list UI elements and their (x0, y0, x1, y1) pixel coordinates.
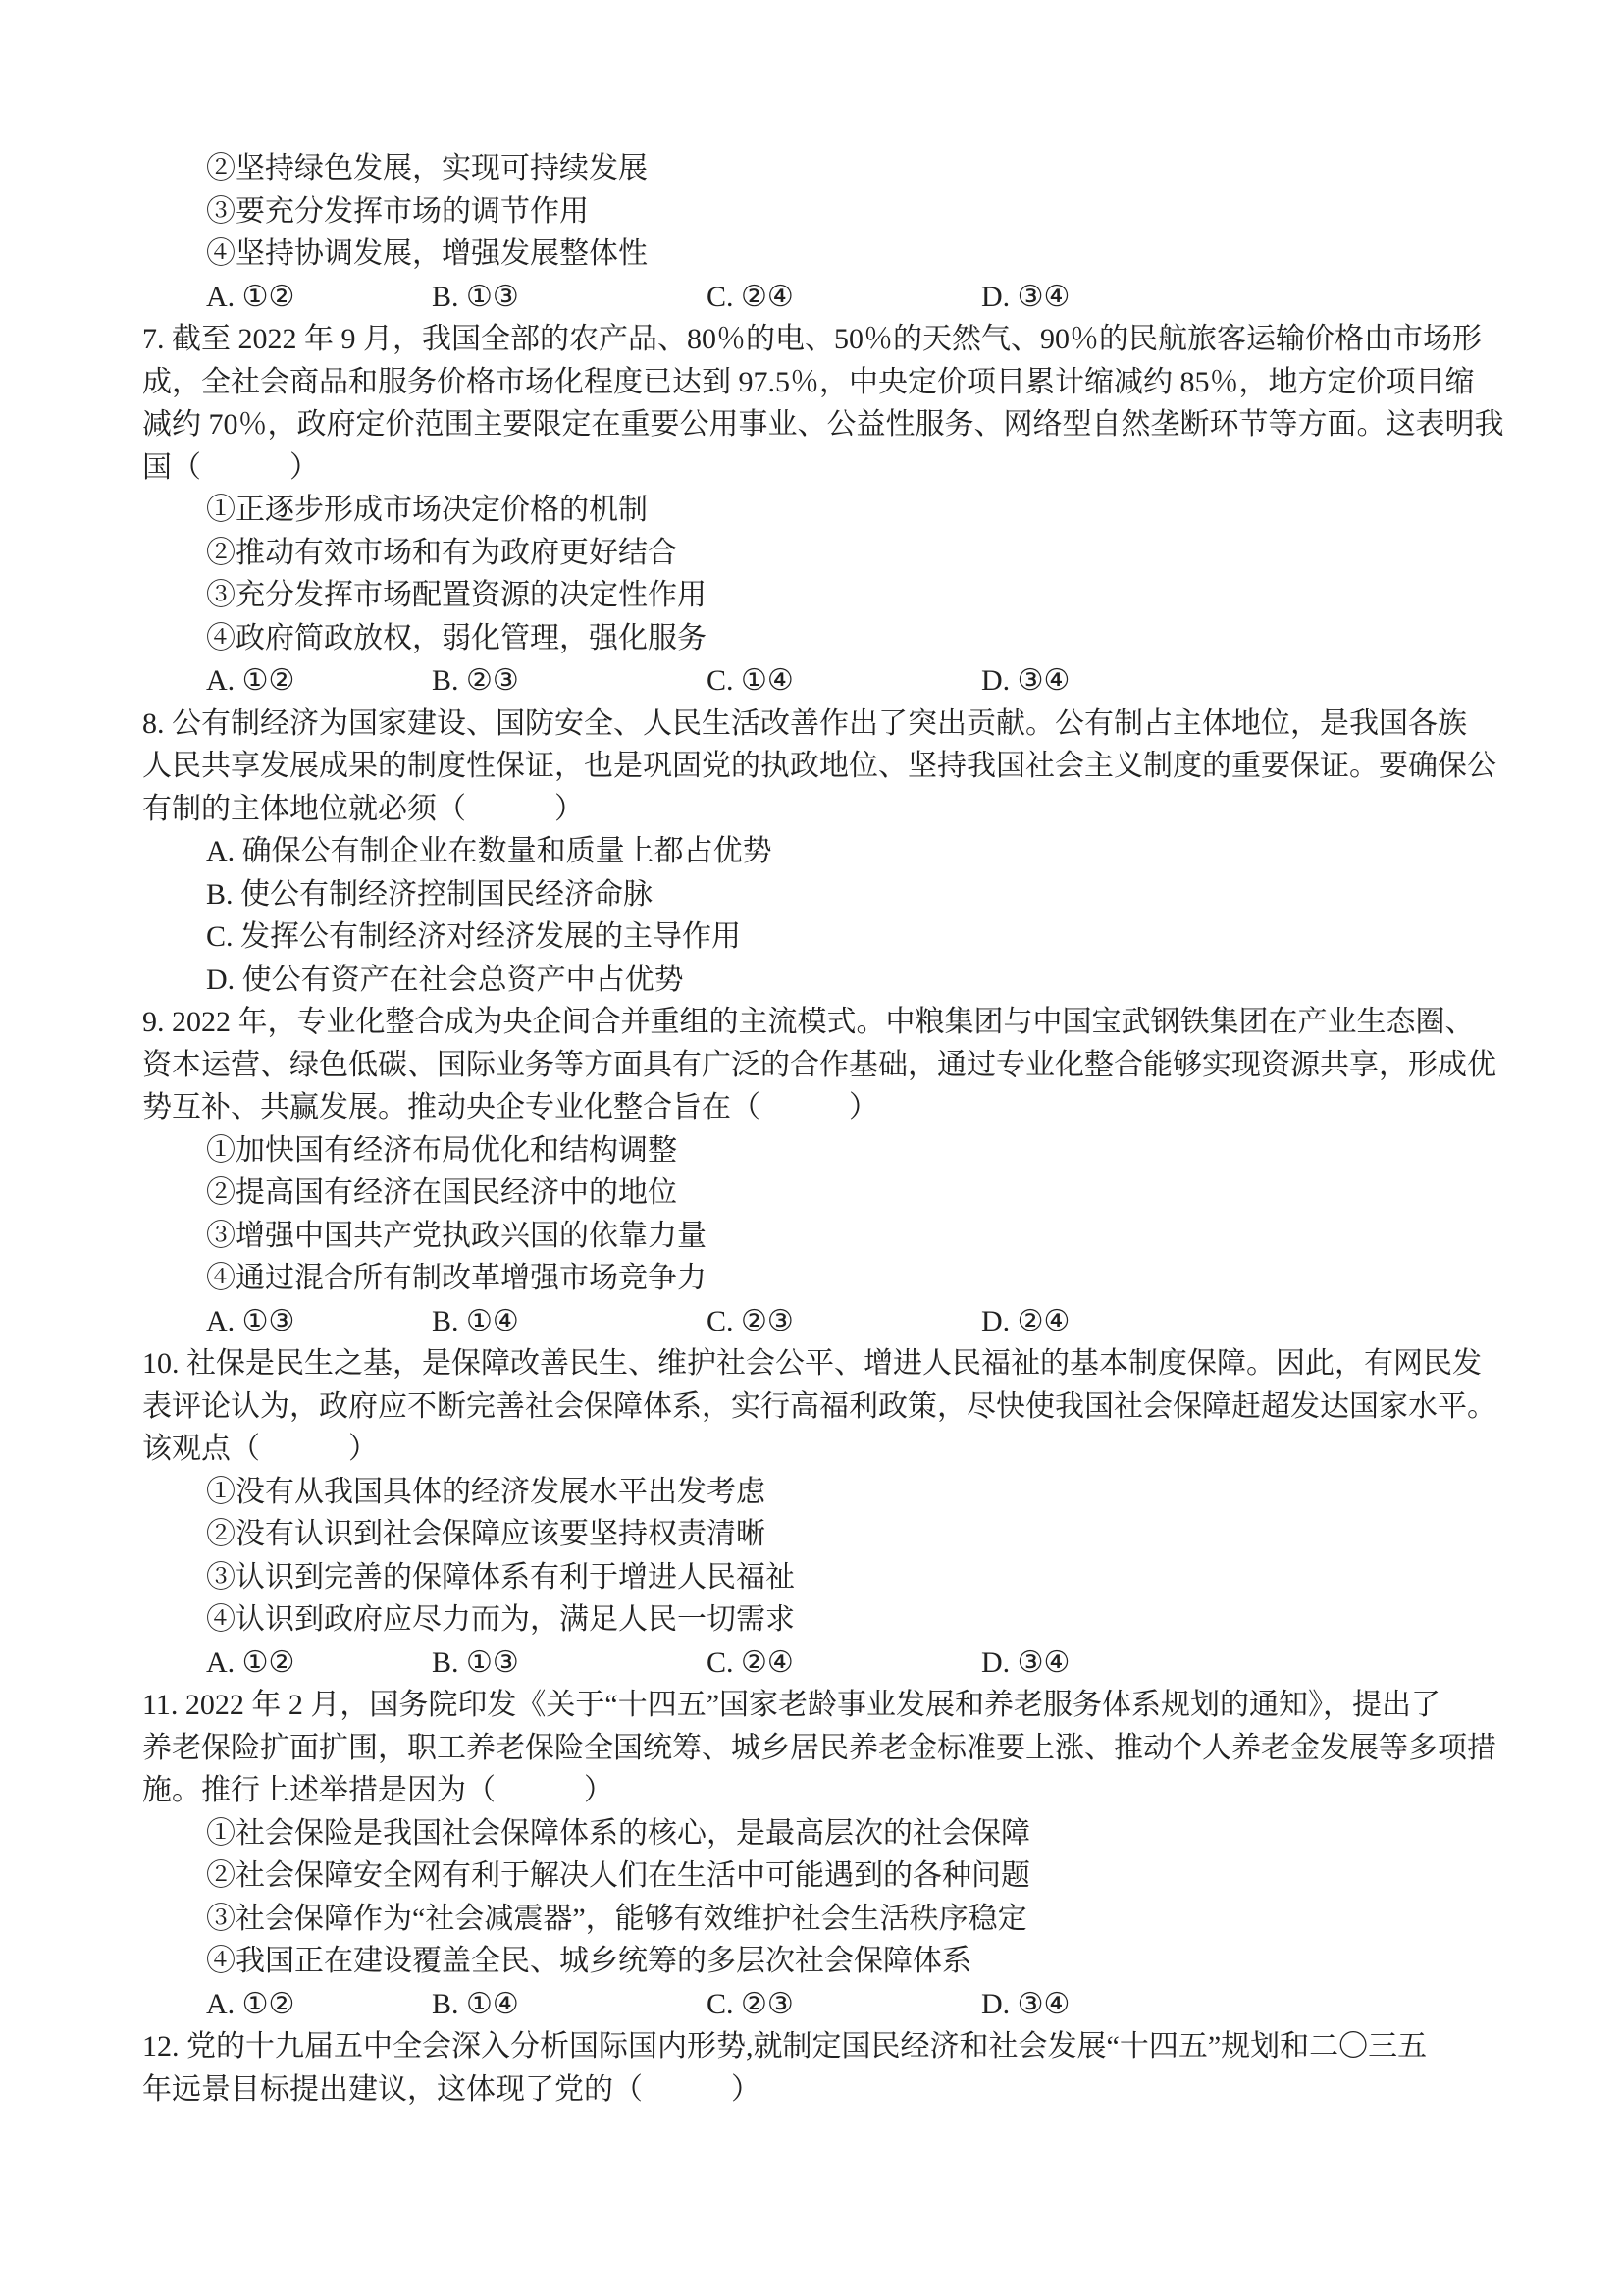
q11-option-1: ①社会保险是我国社会保障体系的核心，是最高层次的社会保障 (142, 1812, 1496, 1855)
q9-stem-line-3: 势互补、共赢发展。推动央企专业化整合旨在（ ） (142, 1086, 1496, 1129)
q7-answer-d: D. ③④ (981, 659, 1070, 703)
q10-answer-d: D. ③④ (981, 1642, 1070, 1685)
question-7: 7. 截至 2022 年 9 月，我国全部的农产品、80％的电、50％的天然气、… (142, 318, 1496, 703)
q6-option-4: ④坚持协调发展，增强发展整体性 (142, 233, 1496, 276)
q11-option-3: ③社会保障作为“社会减震器”，能够有效维护社会生活秩序稳定 (142, 1898, 1496, 1941)
q6-answer-row: A. ①② B. ①③ C. ②④ D. ③④ (142, 276, 1496, 319)
q8-stem-line-1: 8. 公有制经济为国家建设、国防安全、人民生活改善作出了突出贡献。公有制占主体地… (142, 703, 1496, 746)
q10-answer-a: A. ①② (206, 1642, 294, 1685)
q10-answer-b: B. ①③ (432, 1642, 519, 1685)
question-11: 11. 2022 年 2 月，国务院印发《关于“十四五”国家老龄事业发展和养老服… (142, 1684, 1496, 2025)
q7-option-2: ②推动有效市场和有为政府更好结合 (142, 532, 1496, 575)
q6-option-2: ②坚持绿色发展，实现可持续发展 (142, 147, 1496, 190)
q11-answer-row: A. ①② B. ①④ C. ②③ D. ③④ (142, 1983, 1496, 2026)
question-8: 8. 公有制经济为国家建设、国防安全、人民生活改善作出了突出贡献。公有制占主体地… (142, 703, 1496, 1002)
q11-answer-b: B. ①④ (432, 1983, 519, 2026)
q8-stem-line-2: 人民共享发展成果的制度性保证，也是巩固党的执政地位、坚持我国社会主义制度的重要保… (142, 745, 1496, 788)
q6-answer-d: D. ③④ (981, 276, 1070, 319)
q8-choice-c: C. 发挥公有制经济对经济发展的主导作用 (142, 915, 1496, 959)
q7-answer-b: B. ②③ (432, 659, 519, 703)
q9-answer-a: A. ①③ (206, 1300, 294, 1343)
q9-option-1: ①加快国有经济布局优化和结构调整 (142, 1129, 1496, 1173)
q10-answer-c: C. ②④ (707, 1642, 794, 1685)
q7-stem-line-2: 成，全社会商品和服务价格市场化程度已达到 97.5％，中央定价项目累计缩减约 8… (142, 361, 1496, 404)
q11-stem-line-3: 施。推行上述举措是因为（ ） (142, 1769, 1496, 1812)
q10-stem-line-1: 10. 社保是民生之基，是保障改善民生、维护社会公平、增进人民福祉的基本制度保障… (142, 1342, 1496, 1385)
q11-stem-line-1: 11. 2022 年 2 月，国务院印发《关于“十四五”国家老龄事业发展和养老服… (142, 1684, 1496, 1727)
question-10: 10. 社保是民生之基，是保障改善民生、维护社会公平、增进人民福祉的基本制度保障… (142, 1342, 1496, 1684)
q11-answer-d: D. ③④ (981, 1983, 1070, 2026)
q7-stem-line-1: 7. 截至 2022 年 9 月，我国全部的农产品、80％的电、50％的天然气、… (142, 318, 1496, 361)
q9-answer-c: C. ②③ (707, 1300, 794, 1343)
q9-option-2: ②提高国有经济在国民经济中的地位 (142, 1172, 1496, 1215)
q10-option-3: ③认识到完善的保障体系有利于增进人民福祉 (142, 1556, 1496, 1599)
q10-stem-line-3: 该观点（ ） (142, 1428, 1496, 1471)
q10-stem-line-2: 表评论认为，政府应不断完善社会保障体系，实行高福利政策，尽快使我国社会保障赶超发… (142, 1385, 1496, 1429)
q8-choice-a: A. 确保公有制企业在数量和质量上都占优势 (142, 830, 1496, 873)
q9-answer-d: D. ②④ (981, 1300, 1070, 1343)
q12-stem-line-1: 12. 党的十九届五中全会深入分析国际国内形势,就制定国民经济和社会发展“十四五… (142, 2025, 1496, 2068)
q7-stem-line-3: 减约 70％，政府定价范围主要限定在重要公用事业、公益性服务、网络型自然垄断环节… (142, 403, 1496, 446)
q8-choice-d: D. 使公有资产在社会总资产中占优势 (142, 959, 1496, 1002)
question-6: ②坚持绿色发展，实现可持续发展 ③要充分发挥市场的调节作用 ④坚持协调发展，增强… (142, 147, 1496, 318)
q6-answer-c: C. ②④ (707, 276, 794, 319)
q11-answer-a: A. ①② (206, 1983, 294, 2026)
q10-option-2: ②没有认识到社会保障应该要坚持权责清晰 (142, 1513, 1496, 1556)
q11-answer-c: C. ②③ (707, 1983, 794, 2026)
question-9: 9. 2022 年，专业化整合成为央企间合并重组的主流模式。中粮集团与中国宝武钢… (142, 1001, 1496, 1342)
q8-choice-b: B. 使公有制经济控制国民经济命脉 (142, 873, 1496, 916)
q11-option-4: ④我国正在建设覆盖全民、城乡统筹的多层次社会保障体系 (142, 1940, 1496, 1983)
exam-page: ②坚持绿色发展，实现可持续发展 ③要充分发挥市场的调节作用 ④坚持协调发展，增强… (142, 147, 1496, 2111)
q7-stem-line-4: 国（ ） (142, 446, 1496, 490)
q7-answer-a: A. ①② (206, 659, 294, 703)
q8-stem-line-3: 有制的主体地位就必须（ ） (142, 788, 1496, 831)
q7-option-3: ③充分发挥市场配置资源的决定性作用 (142, 574, 1496, 617)
q9-option-3: ③增强中国共产党执政兴国的依靠力量 (142, 1215, 1496, 1258)
q6-answer-b: B. ①③ (432, 276, 519, 319)
q12-stem-line-2: 年远景目标提出建议，这体现了党的（ ） (142, 2068, 1496, 2112)
q7-answer-c: C. ①④ (707, 659, 794, 703)
question-12: 12. 党的十九届五中全会深入分析国际国内形势,就制定国民经济和社会发展“十四五… (142, 2025, 1496, 2111)
q7-option-4: ④政府简政放权，弱化管理，强化服务 (142, 617, 1496, 660)
q9-stem-line-1: 9. 2022 年，专业化整合成为央企间合并重组的主流模式。中粮集团与中国宝武钢… (142, 1001, 1496, 1044)
q11-stem-line-2: 养老保险扩面扩围，职工养老保险全国统筹、城乡居民养老金标准要上涨、推动个人养老金… (142, 1727, 1496, 1770)
q6-answer-a: A. ①② (206, 276, 294, 319)
q9-answer-row: A. ①③ B. ①④ C. ②③ D. ②④ (142, 1300, 1496, 1343)
q10-option-4: ④认识到政府应尽力而为，满足人民一切需求 (142, 1598, 1496, 1642)
q11-option-2: ②社会保障安全网有利于解决人们在生活中可能遇到的各种问题 (142, 1854, 1496, 1898)
q9-option-4: ④通过混合所有制改革增强市场竞争力 (142, 1257, 1496, 1300)
q7-option-1: ①正逐步形成市场决定价格的机制 (142, 489, 1496, 532)
q6-option-3: ③要充分发挥市场的调节作用 (142, 190, 1496, 234)
q7-answer-row: A. ①② B. ②③ C. ①④ D. ③④ (142, 659, 1496, 703)
q9-answer-b: B. ①④ (432, 1300, 519, 1343)
q10-answer-row: A. ①② B. ①③ C. ②④ D. ③④ (142, 1642, 1496, 1685)
q10-option-1: ①没有从我国具体的经济发展水平出发考虑 (142, 1471, 1496, 1514)
q9-stem-line-2: 资本运营、绿色低碳、国际业务等方面具有广泛的合作基础，通过专业化整合能够实现资源… (142, 1044, 1496, 1087)
